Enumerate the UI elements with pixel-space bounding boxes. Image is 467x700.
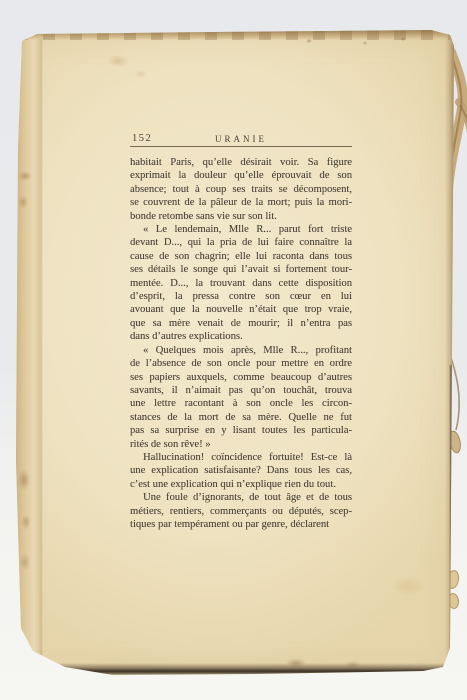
text-line: une explication satisfaisante? Dans tous… [130, 464, 352, 477]
text-line: rités de son rêve! » [130, 438, 352, 451]
book-page: 152 URANIE habitait Paris, qu’elle désir… [13, 30, 454, 675]
page-content: 152 URANIE habitait Paris, qu’elle désir… [13, 30, 454, 675]
paragraph: « Quelques mois après, Mlle R..., profit… [130, 344, 352, 451]
paragraph: Hallucination! coïncidence fortuite! Est… [130, 451, 352, 491]
text-line: tiques par tempérament ou par genre, déc… [130, 518, 352, 531]
text-line: bonde retombe sans vie sur son lit. [130, 210, 352, 223]
text-line: pas sa surprise en y lisant toutes les p… [130, 424, 352, 437]
text-line: que sa mère venait de mourir; il n’entra… [130, 317, 352, 330]
text-line: « Le lendemain, Mlle R... parut fort tri… [130, 223, 352, 236]
text-line: se couvrent de la pâleur de la mort; pui… [130, 196, 352, 209]
text-line: Hallucination! coïncidence fortuite! Est… [130, 451, 352, 464]
text-line: ses détails le songe qui l’avait si fort… [130, 263, 352, 276]
photo-background: 152 URANIE habitait Paris, qu’elle désir… [0, 0, 467, 700]
page-header: 152 URANIE [130, 133, 352, 147]
text-line: d’esprit, la pressa contre son cœur en l… [130, 290, 352, 303]
text-line: savants, il n’aimait pas qu’on touchât, … [130, 384, 352, 397]
text-line: avouant que la nouvelle n’était que trop… [130, 303, 352, 316]
paragraph: « Le lendemain, Mlle R... parut fort tri… [130, 223, 352, 344]
text-line: une lettre racontant à son oncle les cir… [130, 397, 352, 410]
book: 152 URANIE habitait Paris, qu’elle désir… [13, 30, 454, 675]
text-line: ses papiers auxquels, comme beaucoup d’a… [130, 371, 352, 384]
paragraph: habitait Paris, qu’elle désirait voir. S… [130, 156, 352, 223]
text-line: c’est une explication qui n’explique rie… [130, 478, 352, 491]
text-line: Une foule d’ignorants, de tout âge et de… [130, 491, 352, 504]
text-line: de l’absence de son oncle pour mettre en… [130, 357, 352, 370]
page-text: habitait Paris, qu’elle désirait voir. S… [130, 156, 352, 531]
text-line: exprimait la douleur qu’elle éprouvait d… [130, 169, 352, 182]
text-line: « Quelques mois après, Mlle R..., profit… [130, 344, 352, 357]
text-line: dans d’autres explications. [130, 330, 352, 343]
paragraph: Une foule d’ignorants, de tout âge et de… [130, 491, 352, 531]
text-line: métiers, rentiers, commerçants ou député… [130, 505, 352, 518]
text-line: cause de son chagrin; elle lui raconta d… [130, 250, 352, 263]
text-line: absence; tout à coup ses traits se décom… [130, 183, 352, 196]
text-line: devant D..., qui la pria de lui faire co… [130, 236, 352, 249]
text-line: habitait Paris, qu’elle désirait voir. S… [130, 156, 352, 169]
text-line: stances de la mort de sa mère. Quelle ne… [130, 411, 352, 424]
text-line: mentée. D..., la trouvant dans cette dis… [130, 277, 352, 290]
running-title: URANIE [130, 134, 352, 144]
